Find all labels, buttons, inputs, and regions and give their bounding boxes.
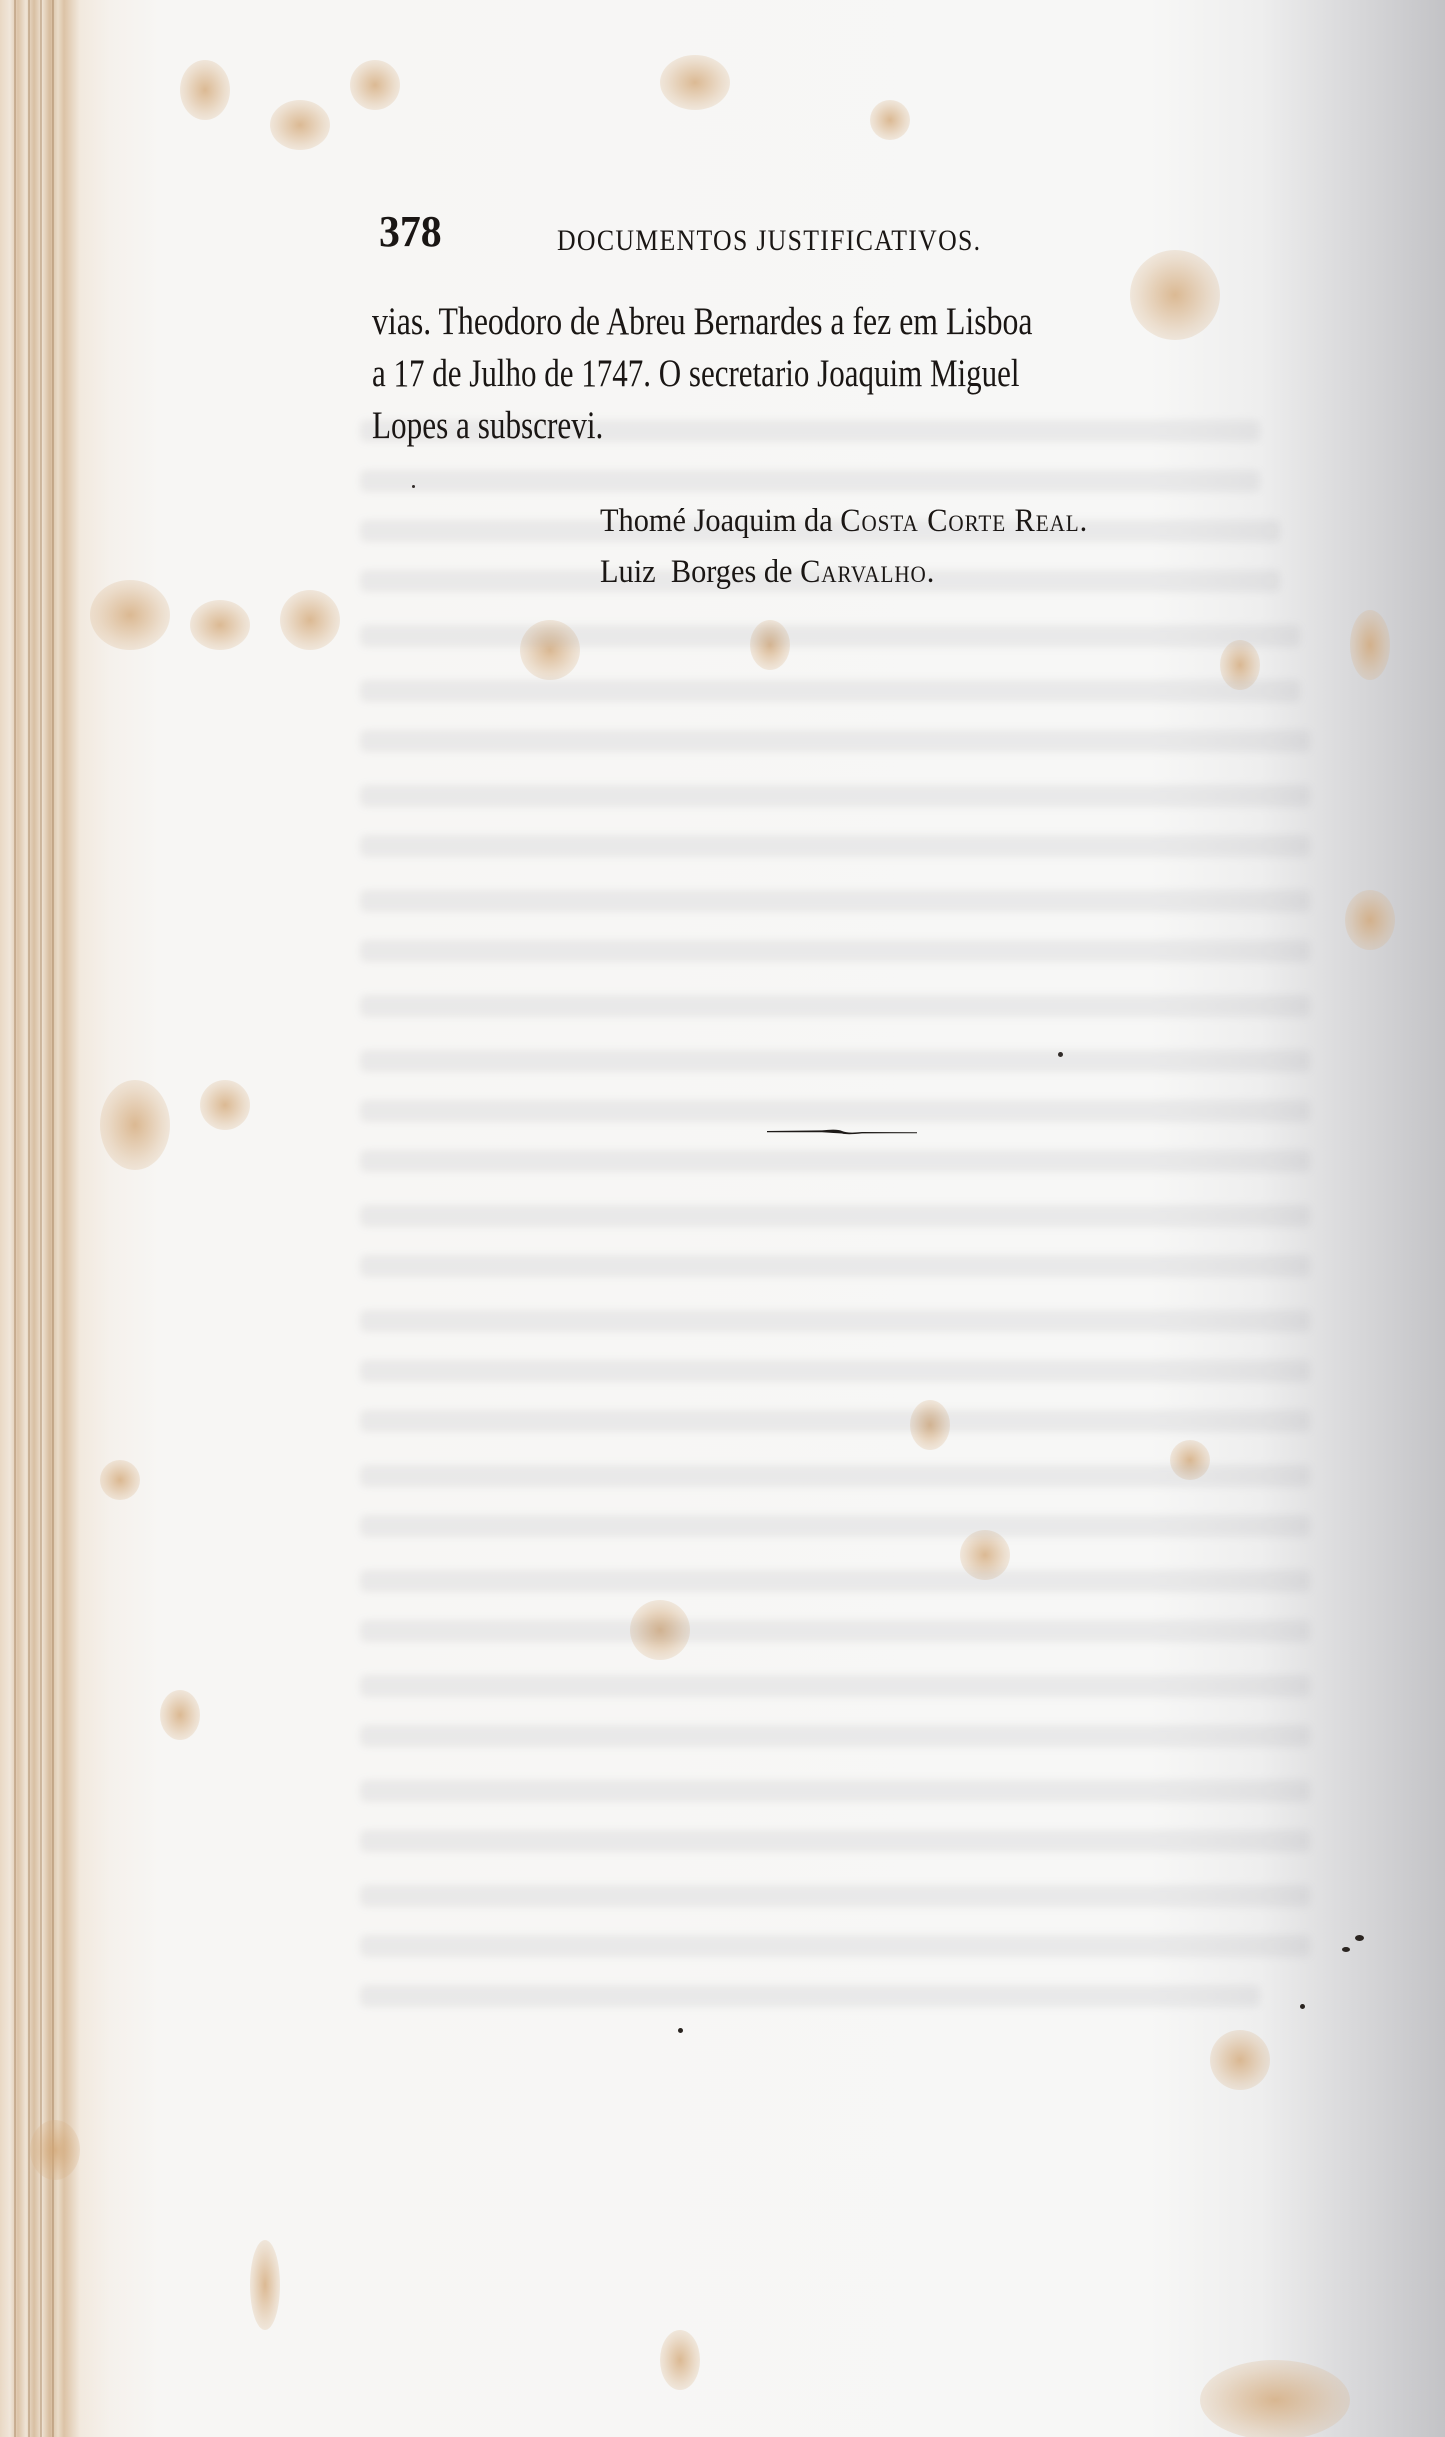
body-line: vias. Theodoro de Abreu Bernardes a fez … — [372, 296, 1187, 348]
ink-speck — [1355, 1935, 1364, 1941]
signature-line: Luiz Borges de Carvalho. — [600, 547, 1088, 598]
page-edge-line — [40, 0, 42, 2437]
show-through-line — [360, 680, 1300, 702]
foxing-spot — [190, 600, 250, 650]
show-through-line — [360, 1360, 1310, 1382]
show-through-line — [360, 625, 1300, 647]
show-through-line — [360, 1985, 1260, 2007]
body-paragraph: vias. Theodoro de Abreu Bernardes a fez … — [372, 296, 1372, 452]
section-divider-rule — [767, 1128, 917, 1135]
foxing-spot — [100, 1080, 170, 1170]
foxing-spot — [250, 2240, 280, 2330]
signature-line: Thomé Joaquim da Costa Corte Real. — [600, 496, 1088, 547]
show-through-line — [360, 470, 1260, 492]
show-through-line — [360, 785, 1310, 807]
show-through-line — [360, 995, 1310, 1017]
show-through-line — [360, 1725, 1310, 1747]
foxing-spot — [660, 2330, 700, 2390]
show-through-line — [360, 1780, 1310, 1802]
signatory-given-name: Luiz Borges de — [600, 554, 800, 590]
foxing-spot — [1210, 2030, 1270, 2090]
show-through-line — [360, 1150, 1310, 1172]
show-through-line — [360, 1620, 1310, 1642]
foxing-spot — [350, 60, 400, 110]
page-number: 378 — [379, 206, 442, 257]
body-line: a 17 de Julho de 1747. O secretario Joaq… — [372, 348, 1167, 400]
foxing-spot — [1200, 2360, 1350, 2437]
foxing-spot — [270, 100, 330, 150]
signatory-surname: Costa Corte Real. — [840, 503, 1088, 539]
show-through-line — [360, 730, 1310, 752]
foxing-spot — [30, 2120, 80, 2180]
foxing-spot — [90, 580, 170, 650]
show-through-line — [360, 1935, 1310, 1957]
show-through-line — [360, 1255, 1310, 1277]
show-through-line — [360, 1570, 1310, 1592]
ink-speck — [1300, 2004, 1305, 2009]
foxing-spot — [870, 100, 910, 140]
show-through-line — [360, 1830, 1310, 1852]
signature-block: Thomé Joaquim da Costa Corte Real. Luiz … — [600, 496, 1131, 598]
foxing-spot — [1345, 890, 1395, 950]
signatory-given-name: Thomé Joaquim da — [600, 503, 840, 539]
show-through-line — [360, 1515, 1310, 1537]
foxing-spot — [100, 1460, 140, 1500]
foxing-spot — [160, 1690, 200, 1740]
foxing-spot — [1350, 610, 1390, 680]
foxing-spot — [200, 1080, 250, 1130]
show-through-line — [360, 1410, 1310, 1432]
signatory-surname: Carvalho. — [800, 554, 935, 590]
show-through-line — [360, 890, 1310, 912]
show-through-line — [360, 1310, 1310, 1332]
show-through-line — [360, 1675, 1310, 1697]
foxing-spot — [180, 60, 230, 120]
page-edge-line — [14, 0, 16, 2437]
running-head: DOCUMENTOS JUSTIFICATIVOS. — [557, 224, 981, 258]
ink-speck — [678, 2028, 683, 2033]
show-through-line — [360, 1100, 1310, 1122]
ink-speck — [1342, 1947, 1350, 1952]
page-edge-line — [52, 0, 54, 2437]
show-through-line — [360, 1465, 1310, 1487]
show-through-line — [360, 940, 1310, 962]
show-through-line — [360, 835, 1310, 857]
show-through-line — [360, 1050, 1310, 1072]
page-edge-line — [28, 0, 30, 2437]
body-line: Lopes a subscrevi. — [372, 400, 1172, 452]
foxing-spot — [660, 55, 730, 110]
foxing-spot — [280, 590, 340, 650]
show-through-line — [360, 1885, 1310, 1907]
show-through-line — [360, 1205, 1310, 1227]
